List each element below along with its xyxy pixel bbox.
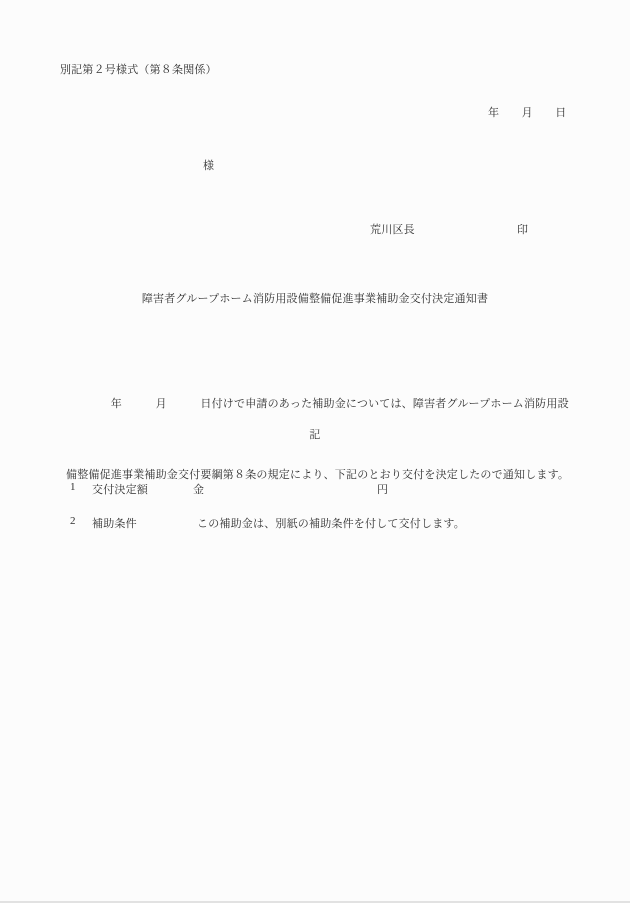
seal-mark: 印 — [517, 221, 528, 237]
body-line-1: 年 月 日付けで申請のあった補助金については、障害者グループホーム消防用設 — [66, 393, 556, 417]
item-label: 補助条件 — [92, 515, 137, 531]
document-page: 別記第２号様式（第８条関係） 年 月 日 様 荒川区長 印 障害者グループホーム… — [0, 0, 630, 903]
item-number: 2 — [70, 515, 76, 527]
item-row-grant-amount: 1 交付決定額 金 円 — [0, 481, 630, 497]
item-row-subsidy-conditions: 2 補助条件 この補助金は、別紙の補助条件を付して交付します。 — [0, 515, 630, 531]
amount-prefix: 金 — [193, 481, 204, 497]
form-number: 別記第２号様式（第８条関係） — [60, 61, 217, 77]
issuer-row: 荒川区長 印 — [0, 221, 630, 237]
amount-suffix: 円 — [377, 481, 388, 497]
item-number: 1 — [70, 481, 76, 493]
addressee-suffix: 様 — [203, 157, 214, 173]
date-line: 年 月 日 — [488, 104, 566, 120]
item-text: この補助金は、別紙の補助条件を付して交付します。 — [197, 515, 465, 531]
issuer-name: 荒川区長 — [370, 221, 415, 237]
item-label: 交付決定額 — [92, 481, 148, 497]
record-marker: 記 — [0, 426, 630, 442]
document-title: 障害者グループホーム消防用設備整備促進事業補助金交付決定通知書 — [0, 290, 630, 306]
